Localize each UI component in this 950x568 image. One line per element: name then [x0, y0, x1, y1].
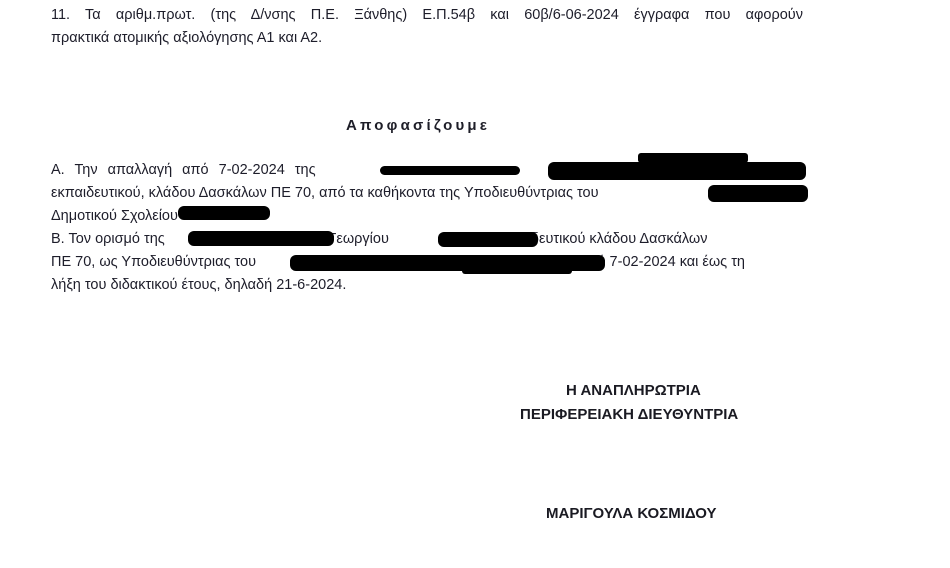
item-11-line-1: 11. Τα αριθμ.πρωτ. (της Δ/νσης Π.Ε. Ξάνθ… — [51, 6, 803, 24]
section-a-line-1: Α. Την απαλλαγή από 7-02-2024 της — [51, 161, 316, 179]
section-b-line-1-prefix: Β. Τον ορισμό της — [51, 231, 165, 247]
section-b-line-3: λήξη του διδακτικού έτους, δηλαδή 21-6-2… — [51, 276, 346, 294]
redaction-mark — [178, 206, 270, 220]
signature-title-line-1: Η ΑΝΑΠΛΗΡΩΤΡΙΑ — [566, 382, 701, 399]
redaction-mark — [438, 232, 538, 247]
section-b-line-2-prefix: ΠΕ 70, ως Υποδιευθύντριας του — [51, 254, 256, 270]
decision-heading: Αποφασίζουμε — [346, 117, 490, 134]
redaction-mark — [548, 162, 806, 180]
redaction-mark — [638, 153, 748, 163]
signatory-name: ΜΑΡΙΓΟΥΛΑ ΚΟΣΜΙΔΟΥ — [546, 505, 717, 522]
redaction-mark — [462, 266, 572, 274]
redaction-mark — [188, 231, 334, 246]
section-a-line-3: Δημοτικού Σχολείου — [51, 207, 178, 225]
section-a-line-2: εκπαιδευτικού, κλάδου Δασκάλων ΠΕ 70, απ… — [51, 184, 599, 202]
redaction-mark — [380, 166, 520, 175]
signature-title-line-2: ΠΕΡΙΦΕΡΕΙΑΚΗ ΔΙΕΥΘΥΝΤΡΙΑ — [520, 406, 738, 423]
item-11-line-2: πρακτικά ατομικής αξιολόγησης Α1 και Α2. — [51, 29, 322, 47]
redaction-mark — [708, 185, 808, 202]
section-b-line-1: Β. Τον ορισμό της του Γεωργίου ) εκπαιδε… — [51, 230, 707, 248]
